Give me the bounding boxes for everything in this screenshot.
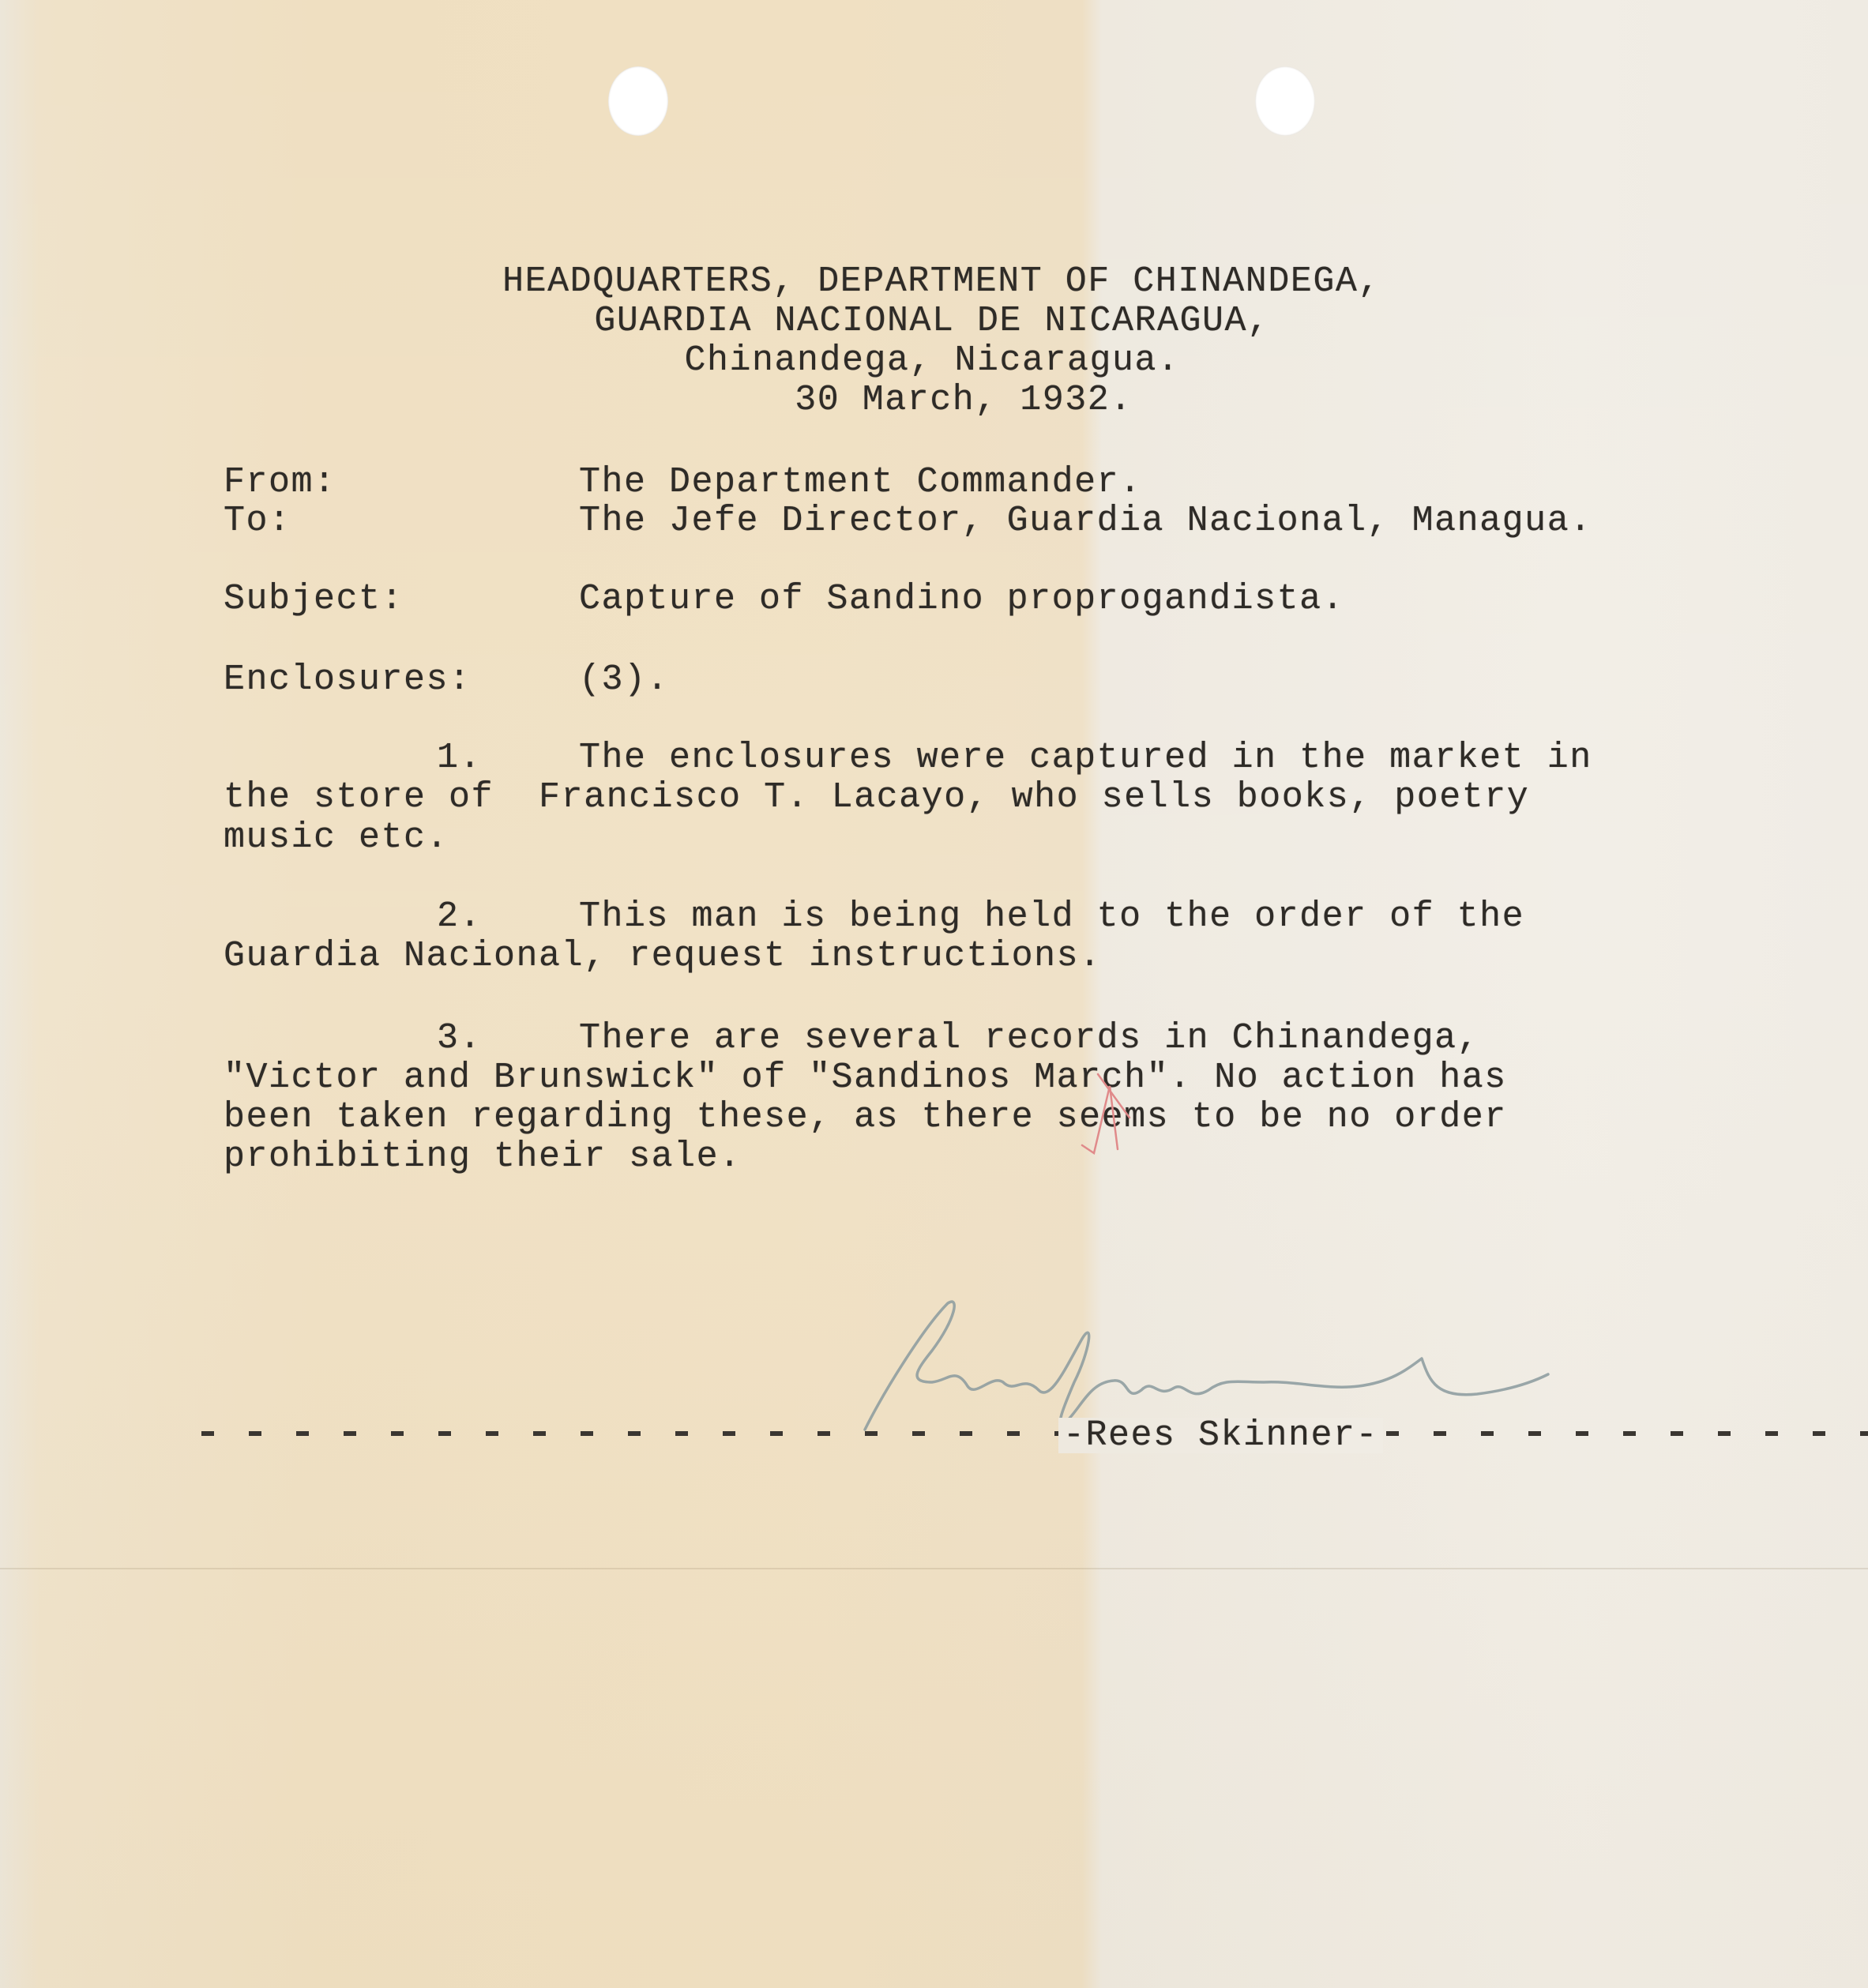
typed-signature-name: -Rees Skinner-: [1058, 1418, 1383, 1453]
punch-hole-right: [1255, 66, 1315, 136]
header-date: 30 March, 1932.: [795, 382, 1133, 418]
to-label: To:: [224, 503, 291, 539]
signature-line: -Rees Skinner-: [201, 1418, 1868, 1449]
fold-crease: [0, 1568, 1868, 1569]
paragraph-1-number: 1.: [437, 740, 482, 776]
subject-value: Capture of Sandino proprogandista.: [579, 581, 1344, 617]
paragraph-3-line-3: been taken regarding these, as there see…: [224, 1099, 1507, 1135]
to-value: The Jefe Director, Guardia Nacional, Man…: [579, 503, 1592, 539]
paragraph-1-line-3: music etc.: [224, 820, 449, 855]
dashed-rule: [201, 1431, 1868, 1436]
paragraph-3-number: 3.: [437, 1020, 482, 1056]
paragraph-3-line-1: There are several records in Chinandega,: [579, 1020, 1479, 1056]
punch-hole-left: [608, 66, 668, 136]
from-label: From:: [224, 464, 336, 500]
header-line-3: Chinandega, Nicaragua.: [684, 343, 1179, 378]
paragraph-3-line-2: "Victor and Brunswick" of "Sandinos Marc…: [224, 1060, 1507, 1095]
subject-label: Subject:: [224, 581, 404, 617]
enclosures-label: Enclosures:: [224, 662, 472, 697]
header-line-2: GUARDIA NACIONAL DE NICARAGUA,: [594, 303, 1269, 339]
paragraph-3-line-4: prohibiting their sale.: [224, 1139, 742, 1174]
paragraph-1-line-2: the store of Francisco T. Lacayo, who se…: [224, 780, 1529, 815]
from-value: The Department Commander.: [579, 464, 1142, 500]
paragraph-2-line-2: Guardia Nacional, request instructions.: [224, 938, 1102, 974]
paragraph-2-number: 2.: [437, 899, 482, 934]
red-check-mark-icon: [1074, 1070, 1137, 1157]
enclosures-value: (3).: [579, 662, 669, 697]
header-line-1: HEADQUARTERS, DEPARTMENT OF CHINANDEGA,: [502, 264, 1381, 299]
paragraph-2-line-1: This man is being held to the order of t…: [579, 899, 1524, 934]
paragraph-1-line-1: The enclosures were captured in the mark…: [579, 740, 1592, 776]
